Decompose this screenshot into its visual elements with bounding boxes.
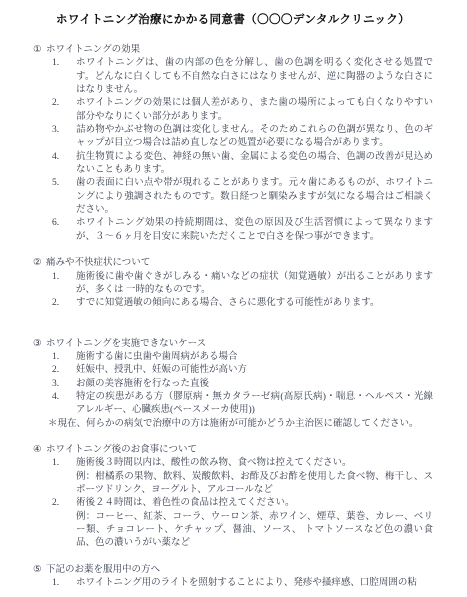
list-item: 2.妊娠中、授乳中、妊娠の可能性が高い方 bbox=[52, 364, 433, 377]
item-text: 施術後３時間以内は、酸性の飲み物、食べ物は控えてください。 bbox=[76, 457, 433, 470]
list-item: 3.詰め物やかぶせ物の色調は変化しません。そのためこれらの色調が異なり、色のギャ… bbox=[52, 124, 433, 151]
item-body: ホワイトニング効果の持続期間は、変色の原因及び生活習慣によって異なりますが、３～… bbox=[76, 217, 433, 244]
item-text: 施術する歯に虫歯や歯周病がある場合 bbox=[76, 351, 433, 364]
item-number: 2. bbox=[52, 297, 76, 310]
item-number: 1. bbox=[52, 577, 76, 590]
item-body: 施術する歯に虫歯や歯周病がある場合 bbox=[76, 351, 433, 364]
item-text: ホワイトニング効果の持続期間は、変色の原因及び生活習慣によって異なりますが、３～… bbox=[76, 217, 433, 244]
list-item: 1.施術する歯に虫歯や歯周病がある場合 bbox=[52, 351, 433, 364]
item-example: 例：柑橘系の果物、飲料、炭酸飲料、お酢及びお酢を使用した食べ物、梅干し、スポーツ… bbox=[76, 471, 433, 498]
section-header: ②痛みや不快症状について bbox=[33, 257, 433, 270]
item-body: ホワイトニングは、歯の内部の色を分解し、歯の色調を明るく変化させる処置です。どん… bbox=[76, 57, 433, 97]
item-text: 妊娠中、授乳中、妊娠の可能性が高い方 bbox=[76, 364, 433, 377]
item-body: 施術後に歯や歯ぐきがしみる・痛いなどの症状（知覚過敏）が出ることがありますが、多… bbox=[76, 271, 433, 298]
document-title: ホワイトニング治療にかかる同意書（〇〇〇デンタルクリニック） bbox=[33, 13, 433, 27]
section-heading: 下記のお薬を服用中の方へ bbox=[46, 564, 160, 577]
item-text: 抗生物質による変色、神経の無い歯、金属による変色の場合、色調の改善が見込めないこ… bbox=[76, 151, 433, 178]
sections-container: ①ホワイトニングの効果1.ホワイトニングは、歯の内部の色を分解し、歯の色調を明る… bbox=[33, 44, 433, 590]
section-header: ①ホワイトニングの効果 bbox=[33, 44, 433, 57]
item-number: 3. bbox=[52, 378, 76, 391]
item-number: 1. bbox=[52, 351, 76, 364]
section-heading: ホワイトニングを実施できないケース bbox=[46, 338, 206, 351]
section: ②痛みや不快症状について1.施術後に歯や歯ぐきがしみる・痛いなどの症状（知覚過敏… bbox=[33, 257, 433, 310]
item-number: 6. bbox=[52, 217, 76, 244]
item-number: 4. bbox=[52, 151, 76, 178]
item-body: ホワイトニングの効果には個人差があり、また歯の場所によっても白くなりやすい部分や… bbox=[76, 97, 433, 124]
list-item: 1.ホワイトニング用のライトを照射することにより、発疹や掻痒感、口腔周囲の粘 bbox=[52, 577, 433, 590]
item-example: 例：コーヒー、紅茶、コーラ、ウーロン茶、赤ワイン、煙草、葉巻、カレー、ベリー類、… bbox=[76, 511, 433, 551]
item-body: すでに知覚過敏の傾向にある場合、さらに悪化する可能性があります。 bbox=[76, 297, 433, 310]
item-text: 施術後に歯や歯ぐきがしみる・痛いなどの症状（知覚過敏）が出ることがありますが、多… bbox=[76, 271, 433, 298]
item-number: 2. bbox=[52, 97, 76, 124]
section-marker: ④ bbox=[33, 444, 46, 457]
section-header: ③ホワイトニングを実施できないケース bbox=[33, 338, 433, 351]
list-item: 6.ホワイトニング効果の持続期間は、変色の原因及び生活習慣によって異なりますが、… bbox=[52, 217, 433, 244]
list-item: 2.術後２４時間は、着色性の食品は控えてください。例：コーヒー、紅茶、コーラ、ウ… bbox=[52, 497, 433, 550]
list-item: 1.施術後３時間以内は、酸性の飲み物、食べ物は控えてください。例：柑橘系の果物、… bbox=[52, 457, 433, 497]
item-body: 抗生物質による変色、神経の無い歯、金属による変色の場合、色調の改善が見込めないこ… bbox=[76, 151, 433, 178]
section: ①ホワイトニングの効果1.ホワイトニングは、歯の内部の色を分解し、歯の色調を明る… bbox=[33, 44, 433, 244]
section-marker: ③ bbox=[33, 338, 46, 351]
list-item: 1.施術後に歯や歯ぐきがしみる・痛いなどの症状（知覚過敏）が出ることがありますが… bbox=[52, 271, 433, 298]
item-text: お顔の美容施術を行なった直後 bbox=[76, 378, 433, 391]
item-text: ホワイトニング用のライトを照射することにより、発疹や掻痒感、口腔周囲の粘 bbox=[76, 577, 433, 590]
item-text: すでに知覚過敏の傾向にある場合、さらに悪化する可能性があります。 bbox=[76, 297, 433, 310]
item-number: 4. bbox=[52, 391, 76, 418]
list-item: 5.歯の表面に白い点や帯が現れることがあります。元々歯にあるものが、ホワイトニン… bbox=[52, 177, 433, 217]
item-body: 歯の表面に白い点や帯が現れることがあります。元々歯にあるものが、ホワイトニングに… bbox=[76, 177, 433, 217]
section: ⑤下記のお薬を服用中の方へ1.ホワイトニング用のライトを照射することにより、発疹… bbox=[33, 564, 433, 591]
list-item: 3.お顔の美容施術を行なった直後 bbox=[52, 378, 433, 391]
item-body: 詰め物やかぶせ物の色調は変化しません。そのためこれらの色調が異なり、色のギャップ… bbox=[76, 124, 433, 151]
section-header: ⑤下記のお薬を服用中の方へ bbox=[33, 564, 433, 577]
section-heading: ホワイトニングの効果 bbox=[46, 44, 140, 57]
item-body: 妊娠中、授乳中、妊娠の可能性が高い方 bbox=[76, 364, 433, 377]
item-body: 術後２４時間は、着色性の食品は控えてください。例：コーヒー、紅茶、コーラ、ウーロ… bbox=[76, 497, 433, 550]
item-number: 2. bbox=[52, 497, 76, 550]
list-item: 4.特定の疾患がある方（膠原病・無カタラーゼ病(高原氏病)・喘息・ヘルペス・光線… bbox=[52, 391, 433, 418]
item-text: ホワイトニングの効果には個人差があり、また歯の場所によっても白くなりやすい部分や… bbox=[76, 97, 433, 124]
item-body: お顔の美容施術を行なった直後 bbox=[76, 378, 433, 391]
item-body: 特定の疾患がある方（膠原病・無カタラーゼ病(高原氏病)・喘息・ヘルペス・光線アレ… bbox=[76, 391, 433, 418]
section-note: ＊現在、何らかの病気で治療中の方は施術が可能かどうか主治医に確認してください。 bbox=[48, 418, 433, 431]
item-number: 1. bbox=[52, 57, 76, 97]
list-item: 1.ホワイトニングは、歯の内部の色を分解し、歯の色調を明るく変化させる処置です。… bbox=[52, 57, 433, 97]
section: ③ホワイトニングを実施できないケース1.施術する歯に虫歯や歯周病がある場合2.妊… bbox=[33, 338, 433, 431]
item-number: 5. bbox=[52, 177, 76, 217]
section-marker: ① bbox=[33, 44, 46, 57]
item-body: ホワイトニング用のライトを照射することにより、発疹や掻痒感、口腔周囲の粘 bbox=[76, 577, 433, 590]
item-text: ホワイトニングは、歯の内部の色を分解し、歯の色調を明るく変化させる処置です。どん… bbox=[76, 57, 433, 97]
item-text: 詰め物やかぶせ物の色調は変化しません。そのためこれらの色調が異なり、色のギャップ… bbox=[76, 124, 433, 151]
item-text: 特定の疾患がある方（膠原病・無カタラーゼ病(高原氏病)・喘息・ヘルペス・光線アレ… bbox=[76, 391, 433, 418]
section-heading: 痛みや不快症状について bbox=[46, 257, 150, 270]
section-heading: ホワイトニング後のお食事について bbox=[46, 444, 197, 457]
item-body: 施術後３時間以内は、酸性の飲み物、食べ物は控えてください。例：柑橘系の果物、飲料… bbox=[76, 457, 433, 497]
item-text: 術後２４時間は、着色性の食品は控えてください。 bbox=[76, 497, 433, 510]
section: ④ホワイトニング後のお食事について1.施術後３時間以内は、酸性の飲み物、食べ物は… bbox=[33, 444, 433, 551]
document-page: ホワイトニング治療にかかる同意書（〇〇〇デンタルクリニック） ①ホワイトニングの… bbox=[0, 0, 467, 597]
item-number: 2. bbox=[52, 364, 76, 377]
item-number: 1. bbox=[52, 271, 76, 298]
section-header: ④ホワイトニング後のお食事について bbox=[33, 444, 433, 457]
list-item: 2.すでに知覚過敏の傾向にある場合、さらに悪化する可能性があります。 bbox=[52, 297, 433, 310]
item-text: 歯の表面に白い点や帯が現れることがあります。元々歯にあるものが、ホワイトニングに… bbox=[76, 177, 433, 217]
list-item: 2.ホワイトニングの効果には個人差があり、また歯の場所によっても白くなりやすい部… bbox=[52, 97, 433, 124]
section-marker: ② bbox=[33, 257, 46, 270]
item-number: 1. bbox=[52, 457, 76, 497]
section-marker: ⑤ bbox=[33, 564, 46, 577]
list-item: 4.抗生物質による変色、神経の無い歯、金属による変色の場合、色調の改善が見込めな… bbox=[52, 151, 433, 178]
item-number: 3. bbox=[52, 124, 76, 151]
